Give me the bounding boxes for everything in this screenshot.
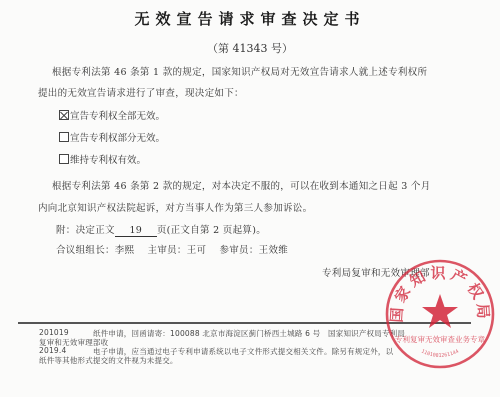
option-invalid-partial: 宣告专利权部分无效。 — [59, 130, 165, 144]
checkbox-checked-icon — [59, 110, 69, 120]
svg-text:1101081261144: 1101081261144 — [420, 349, 460, 359]
svg-text:专利复审无效审查业务专章: 专利复审无效审查业务专章 — [395, 334, 485, 344]
footer-code-1: 201019 — [39, 328, 69, 337]
footer-line-4: 纸件等其他形式提交的文件视为未提交。 — [39, 355, 178, 366]
footer-line-1: 纸件申请，回函请寄：100088 北京市海淀区蓟门桥西土城路 6 号 国家知识产… — [93, 328, 405, 339]
option-label: 宣告专利权部分无效。 — [70, 130, 165, 144]
option-maintain-valid: 维持专利权有效。 — [59, 152, 146, 166]
attachment-prefix: 附：决定正文 — [56, 225, 115, 236]
option-invalid-all: 宣告专利权全部无效。 — [59, 108, 165, 122]
option-label: 宣告专利权全部无效。 — [70, 108, 165, 122]
paragraph-1-line-1: 根据专利法第 46 条第 1 款的规定，国家知识产权局对无效宣告请求人就上述专利… — [52, 64, 427, 78]
checkbox-empty-icon — [59, 132, 69, 142]
official-seal-stamp: 国家知识产权局 专利复审无效审查业务专章 1101081261144 — [384, 258, 496, 370]
document-title: 无效宣告请求审查决定书 — [0, 8, 500, 29]
footer-code-2: 2019.4 — [39, 346, 66, 355]
option-label: 维持专利权有效。 — [70, 152, 146, 166]
seal-icon: 国家知识产权局 专利复审无效审查业务专章 1101081261144 — [384, 258, 496, 370]
attachment-line: 附：决定正文19页(正文自第 2 页起算)。 — [56, 222, 266, 237]
panel-members: 合议组组长：李熙 主审员：王可 参审员：王效维 — [56, 242, 288, 256]
paragraph-1-line-2: 提出的无效宣告请求进行了审查，现决定如下： — [38, 85, 244, 99]
attachment-page-count: 19 — [115, 225, 157, 237]
attachment-suffix: 页(正文自第 2 页起算)。 — [157, 225, 266, 236]
decision-number: （第 41343 号） — [0, 40, 500, 56]
paragraph-2-line-1: 根据专利法第 46 条第 2 款的规定，对本决定不服的，可以在收到本通知之日起 … — [52, 178, 431, 192]
checkbox-empty-icon — [59, 154, 69, 164]
paragraph-2-line-2: 内向北京知识产权法院起诉，对方当事人作为第三人参加诉讼。 — [38, 200, 312, 214]
